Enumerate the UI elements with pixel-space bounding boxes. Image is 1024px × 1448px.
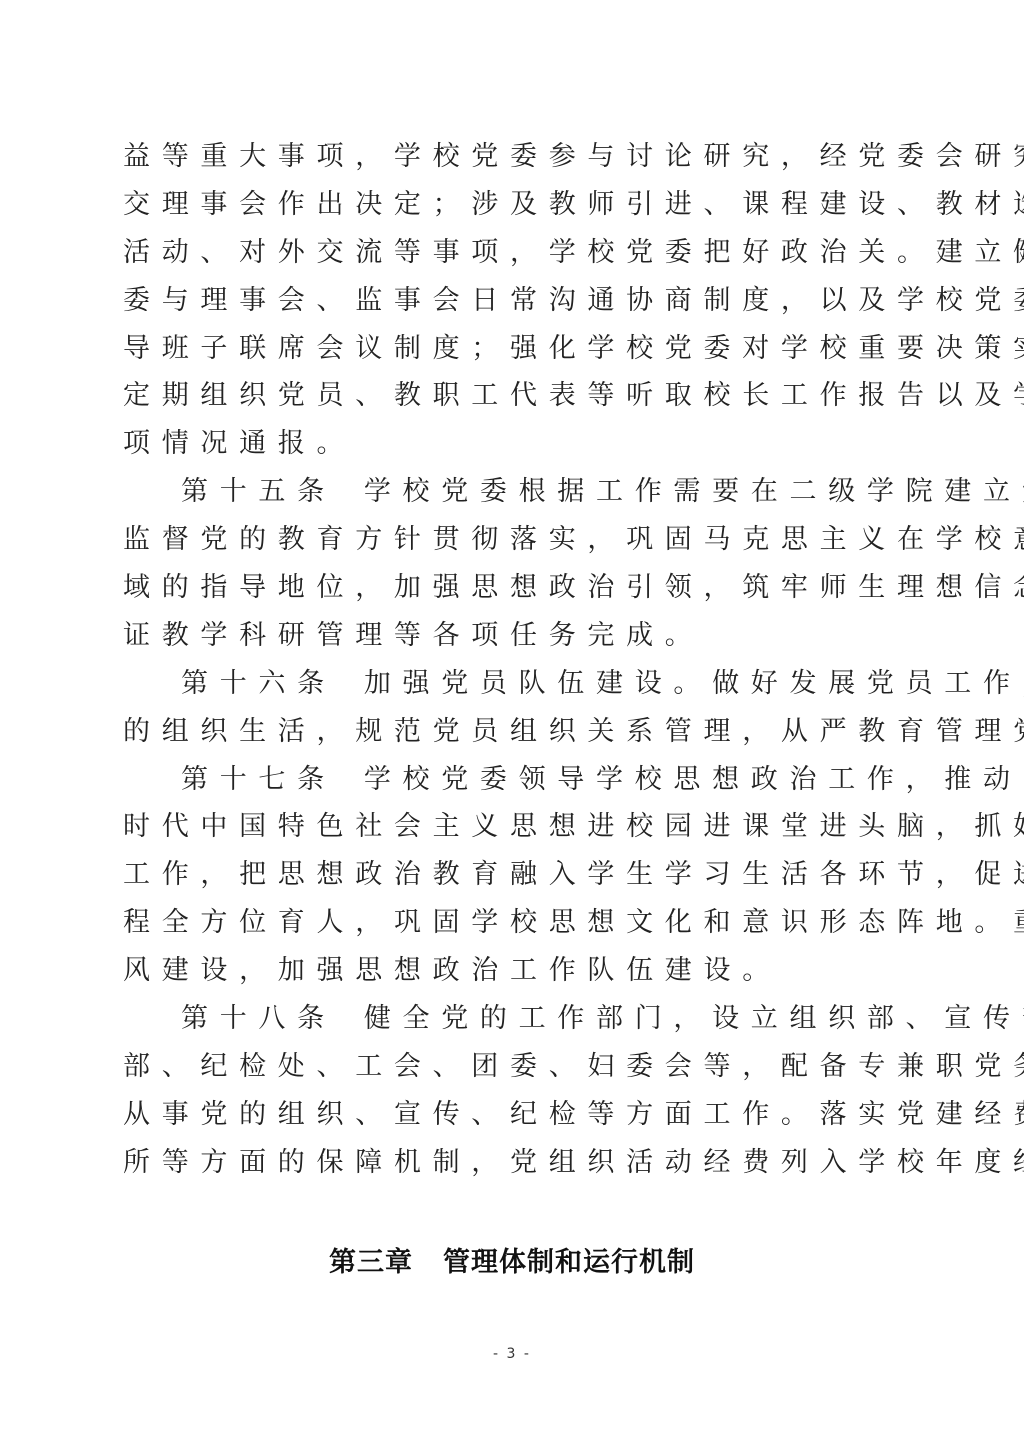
text-line: 所等方面的保障机制，党组织活动经费列入学校年度经费预算。 xyxy=(123,1139,913,1187)
text-line: 益等重大事项，学校党委参与讨论研究，经党委会研究同意后提 xyxy=(123,133,913,181)
article-18: 第十八条健全党的工作部门，设立组织部、宣传部、统战 部、纪检处、工会、团委、妇委… xyxy=(123,995,913,1187)
document-page: 益等重大事项，学校党委参与讨论研究，经党委会研究同意后提 交理事会作出决定；涉及… xyxy=(0,0,1024,1448)
page-number: - 3 - xyxy=(0,1346,1024,1362)
text-line: 委与理事会、监事会日常沟通协商制度，以及学校党委与行政领 xyxy=(123,277,913,325)
text-line: 导班子联席会议制度；强化学校党委对学校重要决策实施的监督， xyxy=(123,325,913,373)
text-line: 项情况通报。 xyxy=(123,420,913,468)
article-first-line: 第十七条学校党委领导学校思想政治工作，推动习近平新 xyxy=(123,756,913,804)
text-line: 定期组织党员、教职工代表等听取校长工作报告以及学校重大事 xyxy=(123,372,913,420)
article-text: 学校党委根据工作需要在二级学院建立党组织， xyxy=(364,476,1024,507)
text-line: 交理事会作出决定；涉及教师引进、课程建设、教材选用、学术 xyxy=(123,181,913,229)
chapter-title-text: 管理体制和运行机制 xyxy=(443,1247,695,1278)
article-first-line: 第十八条健全党的工作部门，设立组织部、宣传部、统战 xyxy=(123,995,913,1043)
article-text: 加强党员队伍建设。做好发展党员工作，严格党 xyxy=(364,668,1024,699)
text-line: 风建设，加强思想政治工作队伍建设。 xyxy=(123,947,913,995)
article-text: 健全党的工作部门，设立组织部、宣传部、统战 xyxy=(364,1003,1024,1034)
article-number: 第十六条 xyxy=(181,668,336,699)
chapter-number: 第三章 xyxy=(329,1247,413,1278)
paragraph-continuation: 益等重大事项，学校党委参与讨论研究，经党委会研究同意后提 交理事会作出决定；涉及… xyxy=(123,133,913,468)
text-line: 从事党的组织、宣传、纪检等方面工作。落实党建经费、活动场 xyxy=(123,1091,913,1139)
text-line: 时代中国特色社会主义思想进校园进课堂进头脑，抓好学生德育 xyxy=(123,803,913,851)
article-text: 学校党委领导学校思想政治工作，推动习近平新 xyxy=(364,764,1024,795)
document-body: 益等重大事项，学校党委参与讨论研究，经党委会研究同意后提 交理事会作出决定；涉及… xyxy=(123,133,913,1187)
article-first-line: 第十五条学校党委根据工作需要在二级学院建立党组织， xyxy=(123,468,913,516)
text-line: 的组织生活，规范党员组织关系管理，从严教育管理党员。 xyxy=(123,708,913,756)
article-number: 第十五条 xyxy=(181,476,336,507)
text-line: 证教学科研管理等各项任务完成。 xyxy=(123,612,913,660)
chapter-heading: 第三章管理体制和运行机制 xyxy=(0,1240,1024,1279)
article-first-line: 第十六条加强党员队伍建设。做好发展党员工作，严格党 xyxy=(123,660,913,708)
text-line: 工作，把思想政治教育融入学生学习生活各环节，促进全员全过 xyxy=(123,851,913,899)
text-line: 部、纪检处、工会、团委、妇委会等，配备专兼职党务工作人员， xyxy=(123,1043,913,1091)
article-number: 第十八条 xyxy=(181,1003,336,1034)
text-line: 监督党的教育方针贯彻落实，巩固马克思主义在学校意识形态领 xyxy=(123,516,913,564)
text-line: 活动、对外交流等事项，学校党委把好政治关。建立健全学校党 xyxy=(123,229,913,277)
article-number: 第十七条 xyxy=(181,764,336,795)
text-line: 域的指导地位，加强思想政治引领，筑牢师生理想信念根基，保 xyxy=(123,564,913,612)
article-17: 第十七条学校党委领导学校思想政治工作，推动习近平新 时代中国特色社会主义思想进校… xyxy=(123,756,913,995)
article-15: 第十五条学校党委根据工作需要在二级学院建立党组织， 监督党的教育方针贯彻落实，巩… xyxy=(123,468,913,660)
article-16: 第十六条加强党员队伍建设。做好发展党员工作，严格党 的组织生活，规范党员组织关系… xyxy=(123,660,913,756)
text-line: 程全方位育人，巩固学校思想文化和意识形态阵地。重视师德师 xyxy=(123,899,913,947)
